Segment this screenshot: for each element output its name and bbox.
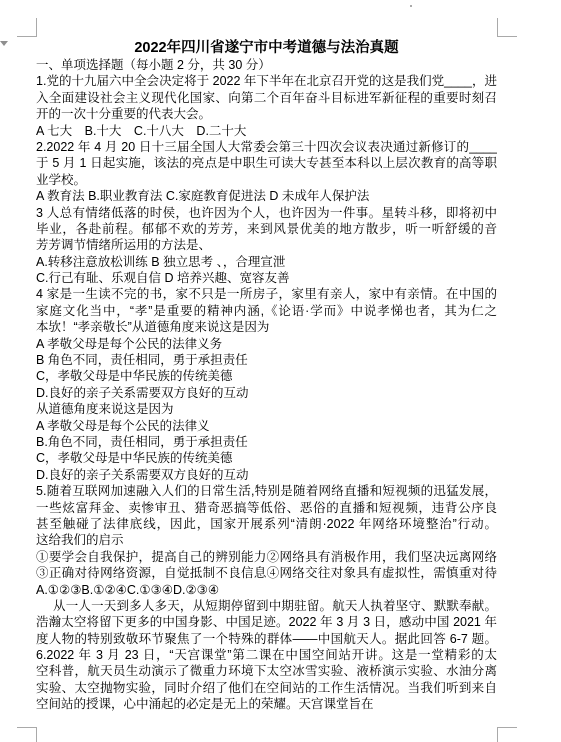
text-line: 于 5 月 1 日起实施，该法的亮点是中职生可读大专甚至本科以上层次教育的高等职 bbox=[36, 155, 497, 171]
answer-options-line: A.转移注意放松训练 B 独立思考 、，合理宣泄 bbox=[36, 254, 497, 270]
text-line: ③正确对待网络资源，自觉抵制不良信息④网络交往对象具有虚拟性，需慎重对待 bbox=[36, 565, 497, 581]
text-line: 入全面建设社会主义现代化国家、向第二个百年奋斗目标进军新征程的重要时刻召 bbox=[36, 90, 497, 106]
text-line: 浩瀚太空将留下更多的中国身影、中国足迹。2022 年 3 月 3 日，感动中国 … bbox=[36, 614, 497, 630]
answer-option-line: A 孝敬父母是每个公民的法律义 bbox=[36, 418, 497, 434]
margin-crop-mark-top-left bbox=[17, 18, 37, 37]
answer-options-line: A 教育法 B.职业教育法 C.家庭教育促进法 D 未成年人保护法 bbox=[36, 188, 497, 204]
text-line: 一些炫富拜金、卖惨审丑、猎奇恶搞等低俗、恶俗的直播和短视频，违背公序良俗， bbox=[36, 500, 497, 516]
margin-crop-mark-bottom-left bbox=[17, 727, 37, 742]
text-line: 毕业，各赴前程。郁郁不欢的芳芳，来到风景优美的地方散步，听一听舒缓的音乐。 bbox=[36, 221, 497, 237]
answer-options-line: A.①②③B.①②④C.①③④D.②③④ bbox=[36, 582, 497, 598]
answer-option-line: A 孝敬父母是每个公民的法律义务 bbox=[36, 336, 497, 352]
document-title: 2022年四川省遂宁市中考道德与法治真题 bbox=[36, 39, 497, 57]
margin-crop-mark-bottom-right bbox=[497, 727, 517, 742]
text-line: 4 家是一生读不完的书，家不只是一所房子，家里有亲人，家中有亲情。在中国的 bbox=[36, 286, 497, 302]
document-page: 2022年四川省遂宁市中考道德与法治真题 一、单项选择题（每小题 2 分，共 3… bbox=[36, 39, 497, 713]
text-line: 空科普，航天员生动演示了微重力环境下太空冰雪实验、液桥演示实验、水油分离 bbox=[36, 663, 497, 679]
text-line: 2.2022 年 4 月 20 日十三届全国人大常委会第三十四次会议表决通过新修… bbox=[36, 139, 497, 155]
text-line: 1.党的十九届六中全会决定将于 2022 年下半年在北京召开党的这是我们党___… bbox=[36, 73, 497, 89]
answer-option-line: D.良好的亲子关系需要双方良好的互动 bbox=[36, 467, 497, 483]
text-line: 业学校。 bbox=[36, 172, 497, 188]
ruler-indent-marker-icon bbox=[0, 41, 8, 46]
answer-options-line: C.行己有耻、乐观自信 D 培养兴趣、宽容友善 bbox=[36, 270, 497, 286]
text-line: 实验、太空抛物实验，同时介绍了他们在空间站的工作生活情况。当我们听到来自 bbox=[36, 680, 497, 696]
text-line: 甚至触碰了法律底线，因此，国家开展系列“清朗·2022 年网络环境整治”行动。 bbox=[36, 516, 497, 532]
text-line: 6.2022 年 3 月 23 日，“天宫课堂”第二课在中国空间站开讲。这是一堂… bbox=[36, 647, 497, 663]
text-line: 度人物的特别致敬环节聚焦了一个特殊的群体——中国航天人。据此回答 6-7 题。 bbox=[36, 631, 497, 647]
text-line: 开的一次十分重要的代表大会。 bbox=[36, 106, 497, 122]
text-line: 从一人一天到多人多天，从短期停留到中期驻留。航天人执着坚守、默默奉献。 bbox=[36, 598, 497, 614]
text-line: 芳芳调节情绪所运用的方法是、 bbox=[36, 237, 497, 253]
answer-option-line: B.角色不同，责任相同，勇于承担责任 bbox=[36, 434, 497, 450]
text-line: 本欤！“孝亲敬长”从道德角度来说这是因为 bbox=[36, 319, 497, 335]
text-line: 空间站的授课，心中涌起的必定是无上的荣耀。天宫课堂旨在 bbox=[36, 696, 497, 712]
artifact-dot bbox=[410, 5, 412, 7]
answer-option-line: B 角色不同，责任相同，勇于承担责任 bbox=[36, 352, 497, 368]
answer-option-line: C，孝敬父母是中华民族的传统美德 bbox=[36, 450, 497, 466]
answer-option-line: C，孝敬父母是中华民族的传统美德 bbox=[36, 368, 497, 384]
answer-option-line: D.良好的亲子关系需要双方良好的互动 bbox=[36, 385, 497, 401]
text-line: 这给我们的启示 bbox=[36, 532, 497, 548]
text-line: 家庭文化当中，“孝”是重要的精神内涵,《论语·学而》中说孝悌也者，其为仁之 bbox=[36, 303, 497, 319]
answer-options-line: A 七大 B.十大 C.十八大 D.二十大 bbox=[36, 123, 497, 139]
text-line: 3 人总有情绪低落的时侯，也许因为个人，也许因为一件事。星转斗移，即将初中 bbox=[36, 205, 497, 221]
text-line: 5.随着互联网加速融入人们的日常生活,特别是随着网络直播和短视频的迅猛发展， bbox=[36, 483, 497, 499]
section-heading: 一、单项选择题（每小题 2 分，共 30 分） bbox=[36, 57, 497, 73]
margin-crop-mark-top-right bbox=[497, 18, 517, 37]
text-line: ①要学会自我保护，提高自己的辨别能力②网络具有消极作用，我们坚决远离网络 bbox=[36, 549, 497, 565]
text-line: 从道德角度来说这是因为 bbox=[36, 401, 497, 417]
